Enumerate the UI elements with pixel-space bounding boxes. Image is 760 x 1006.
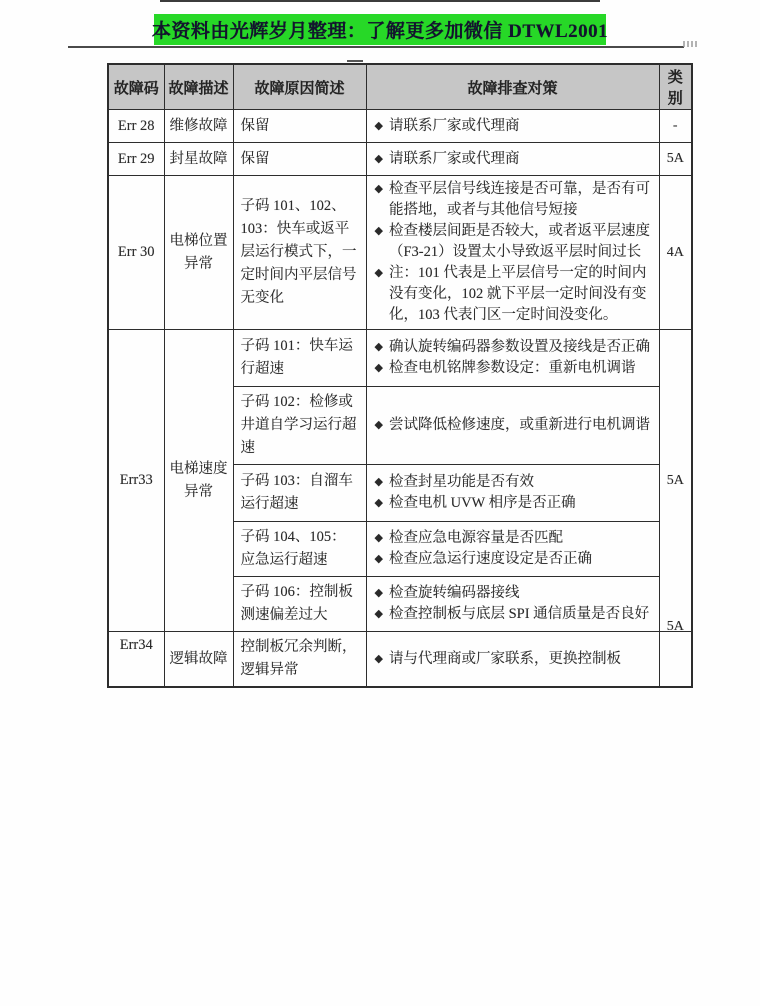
action-item: ◆检查楼层间距是否较大，或者返平层速度（F3-21）设置太小导致返平层时间过长 bbox=[373, 221, 654, 263]
fault-cause-cell: 子码 106：控制板测速偏差过大 bbox=[233, 577, 366, 632]
category-cell: 4A bbox=[659, 176, 692, 330]
watermark-banner: 本资料由光辉岁月整理：了解更多加微信 DTWL2001 bbox=[154, 14, 606, 45]
fault-code-cell: Err33 bbox=[108, 330, 164, 632]
fault-desc-cell: 逻辑故障 bbox=[164, 632, 233, 688]
diamond-bullet-icon: ◆ bbox=[375, 415, 383, 436]
fault-code-table: 故障码 故障描述 故障原因简述 故障排查对策 类别 Err 28 维修故障 保留… bbox=[107, 63, 693, 688]
fault-code-cell: Err34 bbox=[108, 632, 164, 688]
divider-line bbox=[68, 46, 684, 48]
diamond-bullet-icon: ◆ bbox=[375, 179, 383, 200]
col-header-fault-desc: 故障描述 bbox=[164, 64, 233, 110]
action-text: 检查应急运行速度设定是否正确 bbox=[389, 549, 654, 570]
fault-cause-cell: 控制板冗余判断，逻辑异常 bbox=[233, 632, 366, 688]
document-page: 本资料由光辉岁月整理：了解更多加微信 DTWL2001 故障码 故障描述 故障原… bbox=[0, 0, 760, 1006]
fault-cause-cell: 子码 101：快车运行超速 bbox=[233, 330, 366, 387]
diamond-bullet-icon: ◆ bbox=[375, 649, 383, 670]
action-item: ◆检查应急电源容量是否匹配 bbox=[373, 528, 654, 549]
col-header-fault-cause: 故障原因简述 bbox=[233, 64, 366, 110]
col-header-category: 类别 bbox=[659, 64, 692, 110]
table-header-row: 故障码 故障描述 故障原因简述 故障排查对策 类别 bbox=[108, 64, 692, 110]
countermeasures-cell: ◆请与代理商或厂家联系，更换控制板 bbox=[366, 632, 659, 688]
countermeasures-cell: ◆检查封星功能是否有效 ◆检查电机 UVW 相序是否正确 bbox=[366, 465, 659, 522]
action-item: ◆检查旋转编码器接线 bbox=[373, 583, 654, 604]
action-item: ◆尝试降低检修速度，或重新进行电机调谐 bbox=[373, 415, 654, 436]
action-item: ◆请联系厂家或代理商 bbox=[373, 149, 654, 170]
diamond-bullet-icon: ◆ bbox=[375, 493, 383, 514]
action-text: 检查楼层间距是否较大，或者返平层速度（F3-21）设置太小导致返平层时间过长 bbox=[389, 221, 654, 263]
col-header-countermeasures: 故障排查对策 bbox=[366, 64, 659, 110]
countermeasures-cell: ◆检查旋转编码器接线 ◆检查控制板与底层 SPI 通信质量是否良好 bbox=[366, 577, 659, 632]
action-item: ◆注：101 代表是上平层信号一定的时间内没有变化，102 就下平层一定时间没有… bbox=[373, 263, 654, 326]
action-text: 请联系厂家或代理商 bbox=[389, 116, 654, 137]
action-item: ◆请与代理商或厂家联系，更换控制板 bbox=[373, 649, 654, 670]
action-text: 请与代理商或厂家联系，更换控制板 bbox=[389, 649, 654, 670]
countermeasures-cell: ◆检查平层信号线连接是否可靠，是否有可能搭地，或者与其他信号短接 ◆检查楼层间距… bbox=[366, 176, 659, 330]
action-text: 检查封星功能是否有效 bbox=[389, 472, 654, 493]
fault-cause-cell: 保留 bbox=[233, 110, 366, 143]
action-item: ◆确认旋转编码器参数设置及接线是否正确 bbox=[373, 337, 654, 358]
fault-code-cell: Err 30 bbox=[108, 176, 164, 330]
action-item: ◆请联系厂家或代理商 bbox=[373, 116, 654, 137]
category-cell: - bbox=[659, 110, 692, 143]
fault-cause-cell: 保留 bbox=[233, 143, 366, 176]
fault-code-cell: Err 28 bbox=[108, 110, 164, 143]
fault-cause-cell: 子码 101、102、103：快车或返平层运行模式下，一定时间内平层信号无变化 bbox=[233, 176, 366, 330]
diamond-bullet-icon: ◆ bbox=[375, 528, 383, 549]
fault-cause-cell: 子码 102：检修或井道自学习运行超速 bbox=[233, 387, 366, 465]
table-row-err34: Err34 逻辑故障 控制板冗余判断，逻辑异常 ◆请与代理商或厂家联系，更换控制… bbox=[108, 632, 692, 688]
action-text: 注：101 代表是上平层信号一定的时间内没有变化，102 就下平层一定时间没有变… bbox=[389, 263, 654, 326]
action-text: 检查控制板与底层 SPI 通信质量是否良好 bbox=[389, 604, 654, 625]
watermark-text: 本资料由光辉岁月整理：了解更多加微信 DTWL2001 bbox=[152, 16, 608, 43]
table-row-err33-sub1: Err33 电梯速度异常 子码 101：快车运行超速 ◆确认旋转编码器参数设置及… bbox=[108, 330, 692, 387]
diamond-bullet-icon: ◆ bbox=[375, 116, 383, 137]
action-item: ◆检查应急运行速度设定是否正确 bbox=[373, 549, 654, 570]
category-cell: 5A bbox=[659, 143, 692, 176]
diamond-bullet-icon: ◆ bbox=[375, 604, 383, 625]
diamond-bullet-icon: ◆ bbox=[375, 358, 383, 379]
fault-desc-cell: 电梯位置异常 bbox=[164, 176, 233, 330]
diamond-bullet-icon: ◆ bbox=[375, 337, 383, 358]
table-row-err30: Err 30 电梯位置异常 子码 101、102、103：快车或返平层运行模式下… bbox=[108, 176, 692, 330]
action-text: 检查电机铭牌参数设定：重新电机调谐 bbox=[389, 358, 654, 379]
scan-artifact-top-line bbox=[160, 0, 600, 2]
table-row-err29: Err 29 封星故障 保留 ◆请联系厂家或代理商 5A bbox=[108, 143, 692, 176]
action-item: ◆检查平层信号线连接是否可靠，是否有可能搭地，或者与其他信号短接 bbox=[373, 179, 654, 221]
countermeasures-cell: ◆确认旋转编码器参数设置及接线是否正确 ◆检查电机铭牌参数设定：重新电机调谐 bbox=[366, 330, 659, 387]
diamond-bullet-icon: ◆ bbox=[375, 221, 383, 242]
diamond-bullet-icon: ◆ bbox=[375, 472, 383, 493]
action-text: 检查电机 UVW 相序是否正确 bbox=[389, 493, 654, 514]
fault-desc-cell: 封星故障 bbox=[164, 143, 233, 176]
category-cell: 5A bbox=[659, 632, 692, 688]
countermeasures-cell: ◆请联系厂家或代理商 bbox=[366, 143, 659, 176]
countermeasures-cell: ◆尝试降低检修速度，或重新进行电机调谐 bbox=[366, 387, 659, 465]
action-text: 检查平层信号线连接是否可靠，是否有可能搭地，或者与其他信号短接 bbox=[389, 179, 654, 221]
fault-cause-cell: 子码 104、105：应急运行超速 bbox=[233, 522, 366, 577]
col-header-fault-code: 故障码 bbox=[108, 64, 164, 110]
category-cell: 5A bbox=[659, 330, 692, 632]
action-item: ◆检查封星功能是否有效 bbox=[373, 472, 654, 493]
action-text: 尝试降低检修速度，或重新进行电机调谐 bbox=[389, 415, 654, 436]
fault-code-cell: Err 29 bbox=[108, 143, 164, 176]
category-value-straddling-border: 5A bbox=[667, 620, 684, 634]
countermeasures-cell: ◆请联系厂家或代理商 bbox=[366, 110, 659, 143]
diamond-bullet-icon: ◆ bbox=[375, 263, 383, 284]
scan-artifact-rule-end bbox=[683, 41, 698, 47]
action-text: 请联系厂家或代理商 bbox=[389, 149, 654, 170]
action-item: ◆检查电机铭牌参数设定：重新电机调谐 bbox=[373, 358, 654, 379]
action-text: 检查应急电源容量是否匹配 bbox=[389, 528, 654, 549]
diamond-bullet-icon: ◆ bbox=[375, 549, 383, 570]
action-text: 检查旋转编码器接线 bbox=[389, 583, 654, 604]
fault-desc-cell: 维修故障 bbox=[164, 110, 233, 143]
action-text: 确认旋转编码器参数设置及接线是否正确 bbox=[389, 337, 654, 358]
action-item: ◆检查控制板与底层 SPI 通信质量是否良好 bbox=[373, 604, 654, 625]
action-item: ◆检查电机 UVW 相序是否正确 bbox=[373, 493, 654, 514]
scan-artifact-above-table bbox=[347, 60, 363, 62]
diamond-bullet-icon: ◆ bbox=[375, 583, 383, 604]
table-row-err28: Err 28 维修故障 保留 ◆请联系厂家或代理商 - bbox=[108, 110, 692, 143]
countermeasures-cell: ◆检查应急电源容量是否匹配 ◆检查应急运行速度设定是否正确 bbox=[366, 522, 659, 577]
diamond-bullet-icon: ◆ bbox=[375, 149, 383, 170]
fault-desc-cell: 电梯速度异常 bbox=[164, 330, 233, 632]
fault-cause-cell: 子码 103：自溜车运行超速 bbox=[233, 465, 366, 522]
